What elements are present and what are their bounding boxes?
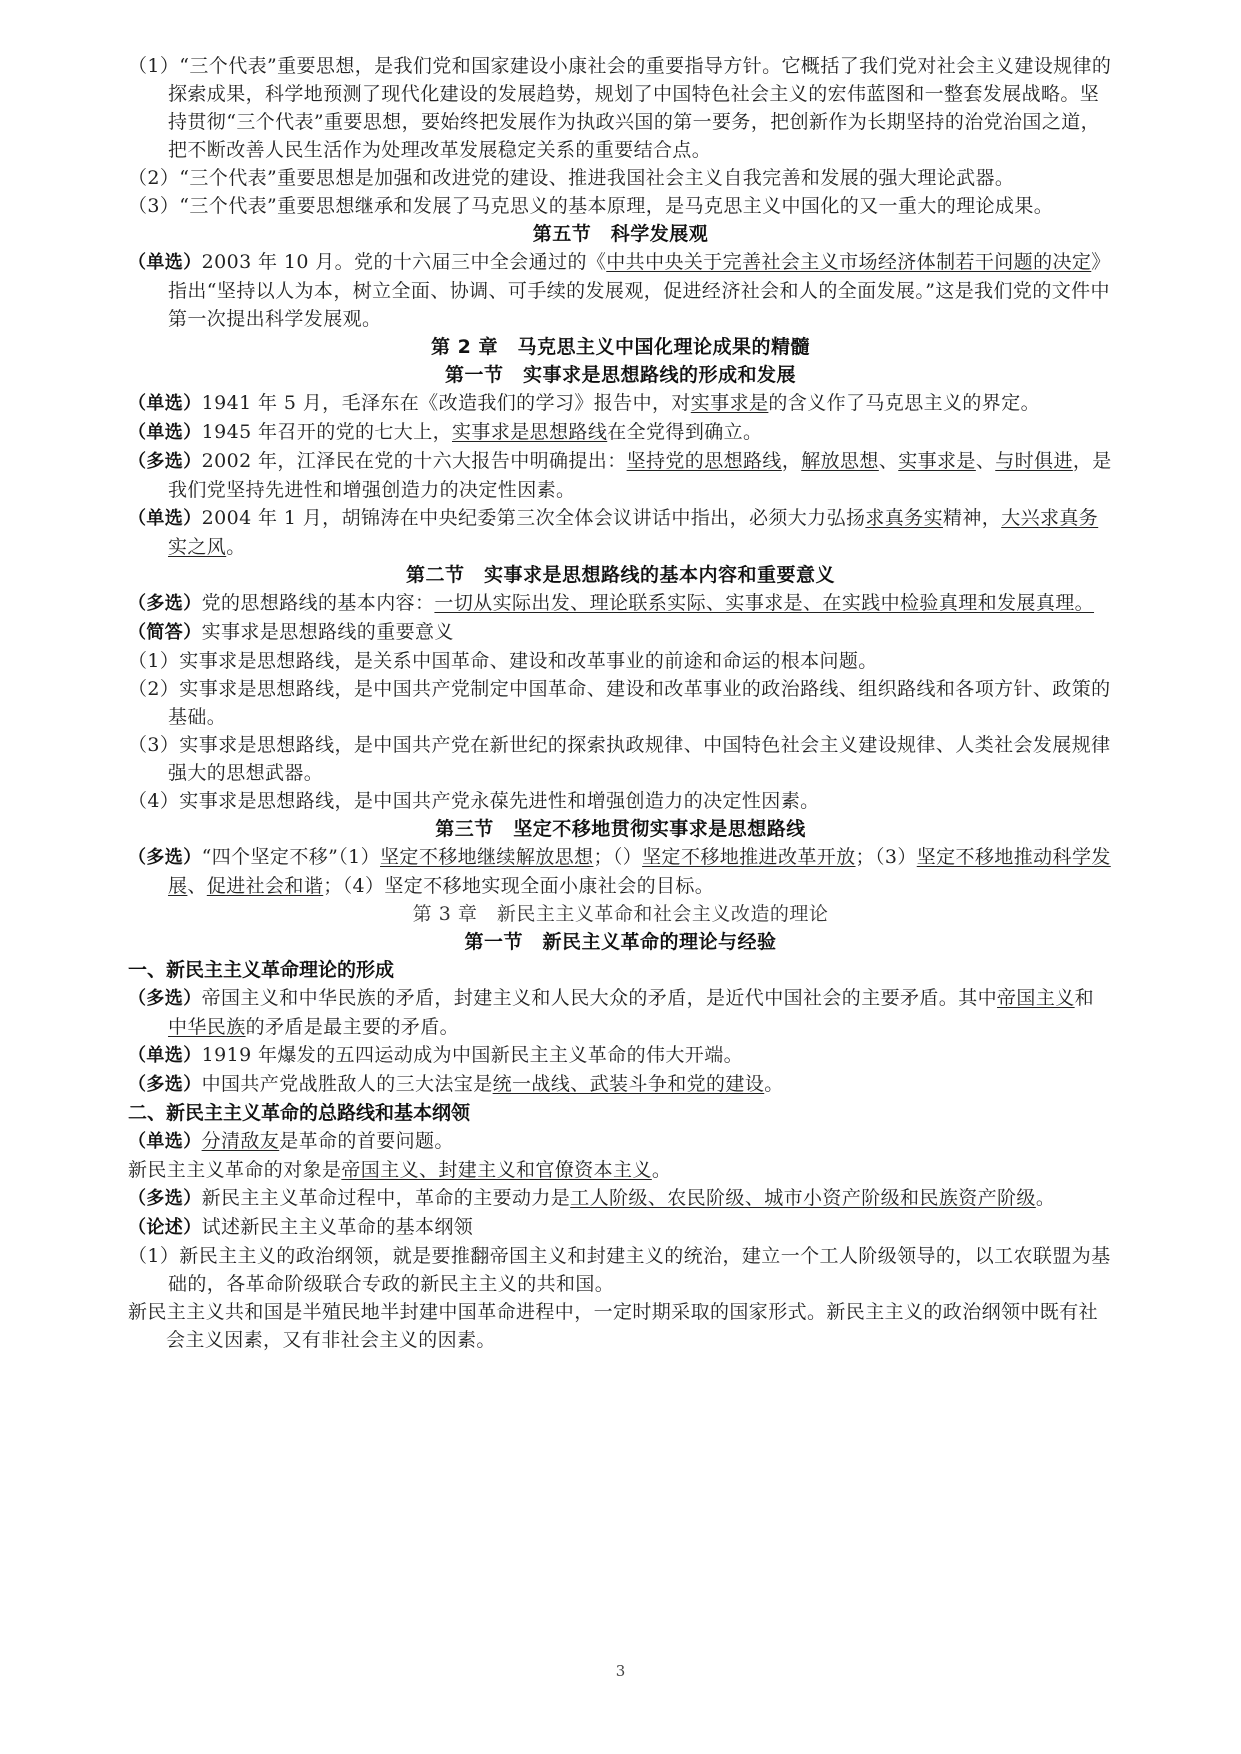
text-segment: 在全党得到确立。	[607, 421, 762, 443]
text-segment: “四个坚定不移”（1）	[202, 846, 380, 868]
question-item: （多选）党的思想路线的基本内容：一切从实际出发、理论联系实际、实事求是、在实践中…	[128, 589, 1113, 618]
underlined-answer: 与时俱进	[995, 450, 1073, 472]
question-type-tag: （多选）	[128, 1074, 202, 1095]
underlined-answer: 一切从实际出发、理论联系实际、实事求是、在实践中检验真理和发展真理。	[434, 592, 1094, 614]
section-heading: 第 2 章 马克思主义中国化理论成果的精髓	[128, 333, 1113, 361]
text-segment: 帝国主义和中华民族的矛盾，封建主义和人民大众的矛盾，是近代中国社会的主要矛盾。其…	[202, 987, 997, 1009]
underlined-answer: 中共中央关于完善社会主义市场经济体制若干问题的决定	[606, 251, 1091, 273]
text-segment: 新民主主义共和国是半殖民地半封建中国革命进程中，一定时期采取的国家形式。新民主主…	[128, 1301, 1098, 1351]
page-number: 3	[0, 1662, 1241, 1680]
underlined-answer: 实事求是	[898, 450, 976, 472]
section-heading: 第三节 坚定不移地贯彻实事求是思想路线	[128, 815, 1113, 843]
paragraph: （3）“三个代表”重要思想继承和发展了马克思义的基本原理，是马克思主义中国化的又…	[128, 192, 1113, 220]
question-type-tag: （单选）	[128, 252, 202, 273]
text-segment: 党的思想路线的基本内容：	[202, 592, 435, 614]
underlined-answer: 中华民族	[168, 1016, 246, 1038]
question-type-tag: （单选）	[128, 393, 202, 414]
text-segment: 、	[187, 875, 206, 897]
text-segment: （3）实事求是思想路线，是中国共产党在新世纪的探索执政规律、中国特色社会主义建设…	[128, 734, 1111, 784]
text-segment: 2003 年 10 月。党的十六届三中全会通过的《	[202, 251, 607, 273]
question-type-tag: （多选）	[128, 988, 202, 1009]
text-segment: 的矛盾是最主要的矛盾。	[246, 1016, 459, 1038]
question-item: （多选）新民主主义革命过程中，革命的主要动力是工人阶级、农民阶级、城市小资产阶级…	[128, 1184, 1113, 1213]
paragraph: （1）新民主主义的政治纲领，就是要推翻帝国主义和封建主义的统治，建立一个工人阶级…	[128, 1242, 1113, 1298]
question-item: （多选）“四个坚定不移”（1）坚定不移地继续解放思想；（）坚定不移地推进改革开放…	[128, 843, 1113, 900]
underlined-answer: 促进社会和谐	[207, 875, 323, 897]
text-segment: 。	[764, 1073, 783, 1095]
question-type-tag: （单选）	[128, 508, 202, 529]
section-heading: 第一节 实事求是思想路线的形成和发展	[128, 361, 1113, 389]
text-segment: 2002 年，江泽民在党的十六大报告中明确提出：	[202, 450, 627, 472]
text-segment: 1919 年爆发的五四运动成为中国新民主主义革命的伟大开端。	[202, 1044, 743, 1066]
underlined-answer: 坚定不移地继续解放思想	[380, 846, 593, 868]
text-segment: 中国共产党战胜敌人的三大法宝是	[202, 1073, 493, 1095]
text-segment: （4）实事求是思想路线，是中国共产党永葆先进性和增强创造力的决定性因素。	[128, 790, 820, 812]
text-segment: 试述新民主主义革命的基本纲领	[202, 1216, 474, 1238]
paragraph: （4）实事求是思想路线，是中国共产党永葆先进性和增强创造力的决定性因素。	[128, 787, 1113, 815]
text-segment: 1941 年 5 月，毛泽东在《改造我们的学习》报告中，对	[202, 392, 691, 414]
underlined-answer: 分清敌友	[202, 1130, 280, 1152]
text-segment: 新民主主义革命过程中，革命的主要动力是	[202, 1187, 571, 1209]
question-item: （单选）2003 年 10 月。党的十六届三中全会通过的《中共中央关于完善社会主…	[128, 248, 1113, 333]
text-segment: 精神，	[943, 507, 1001, 529]
text-segment: （1）“三个代表”重要思想，是我们党和国家建设小康社会的重要指导方针。它概括了我…	[128, 55, 1111, 161]
underlined-answer: 统一战线、武装斗争和党的建设	[493, 1073, 765, 1095]
text-segment: ；（）	[593, 846, 642, 868]
text-segment: 1945 年召开的党的七大上，	[202, 421, 452, 443]
text-segment: ；（3）	[856, 846, 917, 868]
paragraph: （3）实事求是思想路线，是中国共产党在新世纪的探索执政规律、中国特色社会主义建设…	[128, 731, 1113, 787]
underlined-answer: 帝国主义、封建主义和官僚资本主义	[341, 1159, 651, 1181]
question-item: （多选）中国共产党战胜敌人的三大法宝是统一战线、武装斗争和党的建设。	[128, 1070, 1113, 1099]
question-type-tag: （论述）	[128, 1217, 202, 1238]
question-item: （单选）2004 年 1 月，胡锦涛在中央纪委第三次全体会议讲话中指出，必须大力…	[128, 504, 1113, 561]
underlined-answer: 实事求是	[691, 392, 769, 414]
paragraph: （1）实事求是思想路线，是关系中国革命、建设和改革事业的前途和命运的根本问题。	[128, 647, 1113, 675]
question-type-tag: （多选）	[128, 1188, 202, 1209]
underlined-answer: 工人阶级、农民阶级、城市小资产阶级和民族资产阶级	[570, 1187, 1036, 1209]
underlined-answer: 解放思想	[801, 450, 879, 472]
section-heading: 第一节 新民主义革命的理论与经验	[128, 928, 1113, 956]
subsection-heading: 二、新民主主义革命的总路线和基本纲领	[128, 1099, 1113, 1127]
question-item: （单选）分清敌友是革命的首要问题。	[128, 1127, 1113, 1156]
text-segment: ；（4）坚定不移地实现全面小康社会的目标。	[323, 875, 714, 897]
text-segment: 、	[976, 450, 995, 472]
underlined-answer: 坚定不移地推进改革开放	[642, 846, 855, 868]
paragraph: （2）“三个代表”重要思想是加强和改进党的建设、推进我国社会主义自我完善和发展的…	[128, 164, 1113, 192]
question-item: （单选）1919 年爆发的五四运动成为中国新民主主义革命的伟大开端。	[128, 1041, 1113, 1070]
section-heading: 第 3 章 新民主主义革命和社会主义改造的理论	[128, 900, 1113, 928]
section-heading: 第五节 科学发展观	[128, 220, 1113, 248]
text-segment: 。	[1036, 1187, 1055, 1209]
paragraph: 新民主主义共和国是半殖民地半封建中国革命进程中，一定时期采取的国家形式。新民主主…	[128, 1298, 1113, 1354]
question-type-tag: （简答）	[128, 622, 202, 643]
text-segment: 新民主主义革命的对象是	[128, 1159, 341, 1181]
question-type-tag: （多选）	[128, 451, 202, 472]
question-item: （多选）帝国主义和中华民族的矛盾，封建主义和人民大众的矛盾，是近代中国社会的主要…	[128, 984, 1113, 1041]
text-segment: 的含义作了马克思主义的界定。	[768, 392, 1040, 414]
underlined-answer: 实事求是思想路线	[452, 421, 607, 443]
text-segment: （2）“三个代表”重要思想是加强和改进党的建设、推进我国社会主义自我完善和发展的…	[128, 167, 1014, 189]
text-segment: （2）实事求是思想路线，是中国共产党制定中国革命、建设和改革事业的政治路线、组织…	[128, 678, 1111, 728]
question-item: （单选）1941 年 5 月，毛泽东在《改造我们的学习》报告中，对实事求是的含义…	[128, 389, 1113, 418]
section-heading: 第二节 实事求是思想路线的基本内容和重要意义	[128, 561, 1113, 589]
question-type-tag: （单选）	[128, 422, 202, 443]
question-type-tag: （多选）	[128, 593, 202, 614]
paragraph: （2）实事求是思想路线，是中国共产党制定中国革命、建设和改革事业的政治路线、组织…	[128, 675, 1113, 731]
paragraph: （1）“三个代表”重要思想，是我们党和国家建设小康社会的重要指导方针。它概括了我…	[128, 52, 1113, 164]
text-segment: 和	[1075, 987, 1094, 1009]
text-segment: 是革命的首要问题。	[279, 1130, 454, 1152]
text-segment: 。	[652, 1159, 671, 1181]
text-segment: （1）新民主主义的政治纲领，就是要推翻帝国主义和封建主义的统治，建立一个工人阶级…	[128, 1245, 1111, 1295]
text-segment: ，	[782, 450, 801, 472]
paragraph: 新民主主义革命的对象是帝国主义、封建主义和官僚资本主义。	[128, 1156, 1113, 1184]
text-segment: 、	[879, 450, 898, 472]
question-item: （论述）试述新民主主义革命的基本纲领	[128, 1213, 1113, 1242]
text-segment: 2004 年 1 月，胡锦涛在中央纪委第三次全体会议讲话中指出，必须大力弘扬	[202, 507, 866, 529]
text-segment: 。	[226, 536, 245, 558]
underlined-answer: 求真务实	[865, 507, 943, 529]
question-type-tag: （多选）	[128, 847, 202, 868]
document-page: （1）“三个代表”重要思想，是我们党和国家建设小康社会的重要指导方针。它概括了我…	[128, 52, 1113, 1354]
question-type-tag: （单选）	[128, 1045, 202, 1066]
text-segment: （1）实事求是思想路线，是关系中国革命、建设和改革事业的前途和命运的根本问题。	[128, 650, 878, 672]
question-type-tag: （单选）	[128, 1131, 202, 1152]
underlined-answer: 帝国主义	[997, 987, 1075, 1009]
text-segment: （3）“三个代表”重要思想继承和发展了马克思义的基本原理，是马克思主义中国化的又…	[128, 195, 1053, 217]
text-segment: 实事求是思想路线的重要意义	[202, 621, 454, 643]
subsection-heading: 一、新民主主义革命理论的形成	[128, 956, 1113, 984]
underlined-answer: 坚持党的思想路线	[627, 450, 782, 472]
question-item: （单选）1945 年召开的党的七大上，实事求是思想路线在全党得到确立。	[128, 418, 1113, 447]
question-item: （多选）2002 年，江泽民在党的十六大报告中明确提出：坚持党的思想路线，解放思…	[128, 447, 1113, 504]
question-item: （简答）实事求是思想路线的重要意义	[128, 618, 1113, 647]
